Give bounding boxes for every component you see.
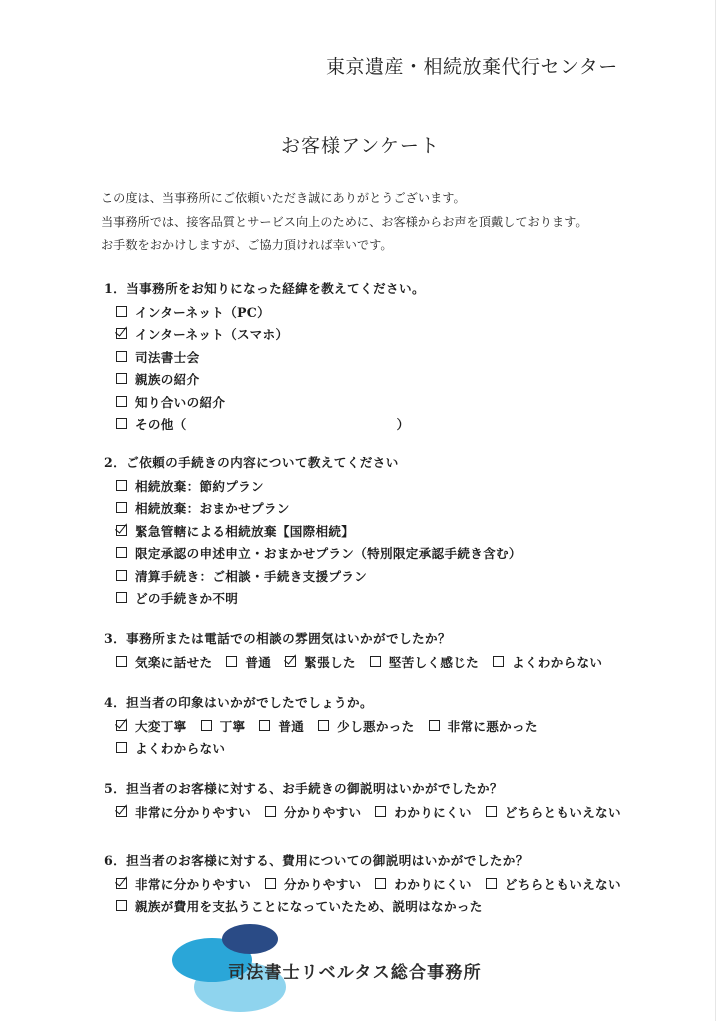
option-judicial-scrivener-association[interactable]: 司法書士会 <box>104 345 425 368</box>
option-neither[interactable]: どちらともいえない <box>486 874 621 893</box>
option-clear[interactable]: 分かりやすい <box>265 802 361 821</box>
option-polite[interactable]: 丁寧 <box>201 716 246 735</box>
checkbox[interactable] <box>486 806 497 817</box>
checkbox[interactable] <box>116 418 127 429</box>
option-normal[interactable]: 普通 <box>259 716 304 735</box>
checkbox[interactable] <box>318 720 329 731</box>
scan-edge-line <box>715 0 716 1021</box>
option-nervous[interactable]: 緊張した <box>285 652 356 671</box>
option-neither[interactable]: どちらともいえない <box>486 802 621 821</box>
option-acquaintance-referral[interactable]: 知り合いの紹介 <box>104 390 425 413</box>
option-normal[interactable]: 普通 <box>226 652 271 671</box>
checkbox[interactable] <box>265 806 276 817</box>
checkbox[interactable] <box>116 547 127 558</box>
checkbox-checked[interactable] <box>285 656 296 667</box>
checkbox[interactable] <box>116 351 127 362</box>
logo-circle-dark <box>222 924 278 954</box>
option-unsure[interactable]: よくわからない <box>116 738 225 757</box>
checkbox-checked[interactable] <box>116 878 127 889</box>
question-title: 5．担当者のお客様に対する、お手続きの御説明はいかがでしたか？ <box>104 778 635 800</box>
checkbox[interactable] <box>259 720 270 731</box>
organization-name: 東京遺産・相続放棄代行センター <box>326 52 618 79</box>
checkbox[interactable] <box>375 806 386 817</box>
checkbox[interactable] <box>116 396 127 407</box>
office-logo: 司法書士リベルタス総合事務所 <box>168 924 568 1014</box>
checkbox-checked[interactable] <box>116 525 127 536</box>
intro-line: この度は、当事務所にご依頼いただき誠にありがとうございます。 <box>101 187 588 211</box>
checkbox[interactable] <box>226 656 237 667</box>
option-relaxed[interactable]: 気楽に話せた <box>116 652 212 671</box>
option-clear[interactable]: 分かりやすい <box>265 874 361 893</box>
intro-line: 当事務所では、接客品質とサービス向上のために、お客様からお声を頂戴しております。 <box>101 211 588 235</box>
checkbox[interactable] <box>116 306 127 317</box>
checkbox[interactable] <box>429 720 440 731</box>
option-international-inheritance[interactable]: 緊急管轄による相続放棄【国際相続】 <box>104 519 522 542</box>
checkbox[interactable] <box>116 900 127 911</box>
option-economy-plan[interactable]: 相続放棄：節約プラン <box>104 474 522 497</box>
question-title: 4．担当者の印象はいかがでしたでしょうか。 <box>104 692 552 714</box>
intro-text: この度は、当事務所にご依頼いただき誠にありがとうございます。 当事務所では、接客… <box>101 187 588 258</box>
question-title: 3．事務所または電話での相談の雰囲気はいかがでしたか？ <box>104 628 616 650</box>
checkbox-checked[interactable] <box>116 806 127 817</box>
option-internet-smartphone[interactable]: インターネット（スマホ） <box>104 323 425 346</box>
checkbox[interactable] <box>116 592 127 603</box>
question-title: 6．担当者のお客様に対する、費用についての御説明はいかがでしたか？ <box>104 850 635 872</box>
option-unclear[interactable]: わかりにくい <box>375 874 471 893</box>
option-full-service-plan[interactable]: 相続放棄：おまかせプラン <box>104 497 522 520</box>
intro-line: お手数をおかけしますが、ご協力頂ければ幸いです。 <box>101 234 588 258</box>
checkbox[interactable] <box>486 878 497 889</box>
office-name: 司法書士リベルタス総合事務所 <box>228 958 482 983</box>
option-very-polite[interactable]: 大変丁寧 <box>116 716 187 735</box>
question-3: 3．事務所または電話での相談の雰囲気はいかがでしたか？ 気楽に話せた 普通 緊張… <box>104 628 616 673</box>
option-qualified-acceptance[interactable]: 限定承認の申述申立・おまかせプラン（特別限定承認手続き含む） <box>104 542 522 565</box>
option-very-clear[interactable]: 非常に分かりやすい <box>116 802 251 821</box>
checkbox-checked[interactable] <box>116 720 127 731</box>
checkbox[interactable] <box>370 656 381 667</box>
question-1: 1．当事務所をお知りになった経緯を教えてください。 インターネット（PC） イン… <box>104 278 425 435</box>
option-other[interactable]: その他（） <box>104 413 425 436</box>
checkbox[interactable] <box>116 656 127 667</box>
checkbox[interactable] <box>116 480 127 491</box>
question-title: 2．ご依頼の手続きの内容について教えてください <box>104 452 522 474</box>
checkbox[interactable] <box>116 570 127 581</box>
survey-title: お客様アンケート <box>281 131 440 158</box>
checkbox[interactable] <box>116 742 127 753</box>
checkbox[interactable] <box>265 878 276 889</box>
question-5: 5．担当者のお客様に対する、お手続きの御説明はいかがでしたか？ 非常に分かりやす… <box>104 778 635 823</box>
question-6: 6．担当者のお客様に対する、費用についての御説明はいかがでしたか？ 非常に分かり… <box>104 850 635 917</box>
option-unsure[interactable]: よくわからない <box>493 652 602 671</box>
checkbox[interactable] <box>116 373 127 384</box>
checkbox[interactable] <box>375 878 386 889</box>
option-very-bad[interactable]: 非常に悪かった <box>429 716 538 735</box>
checkbox[interactable] <box>493 656 504 667</box>
option-liquidation-support[interactable]: 清算手続き：ご相談・手続き支援プラン <box>104 564 522 587</box>
checkbox[interactable] <box>201 720 212 731</box>
option-family-referral[interactable]: 親族の紹介 <box>104 368 425 391</box>
question-title: 1．当事務所をお知りになった経緯を教えてください。 <box>104 278 425 300</box>
option-very-clear[interactable]: 非常に分かりやすい <box>116 874 251 893</box>
question-4: 4．担当者の印象はいかがでしたでしょうか。 大変丁寧 丁寧 普通 少し悪かった … <box>104 692 552 759</box>
checkbox-checked[interactable] <box>116 328 127 339</box>
question-2: 2．ご依頼の手続きの内容について教えてください 相続放棄：節約プラン 相続放棄：… <box>104 452 522 609</box>
option-stiff[interactable]: 堅苦しく感じた <box>370 652 479 671</box>
checkbox[interactable] <box>116 502 127 513</box>
option-internet-pc[interactable]: インターネット（PC） <box>104 300 425 323</box>
option-slightly-bad[interactable]: 少し悪かった <box>318 716 414 735</box>
option-unknown-procedure[interactable]: どの手続きか不明 <box>104 587 522 610</box>
option-no-explanation-family-paid[interactable]: 親族が費用を支払うことになっていたため、説明はなかった <box>116 896 483 915</box>
option-unclear[interactable]: わかりにくい <box>375 802 471 821</box>
